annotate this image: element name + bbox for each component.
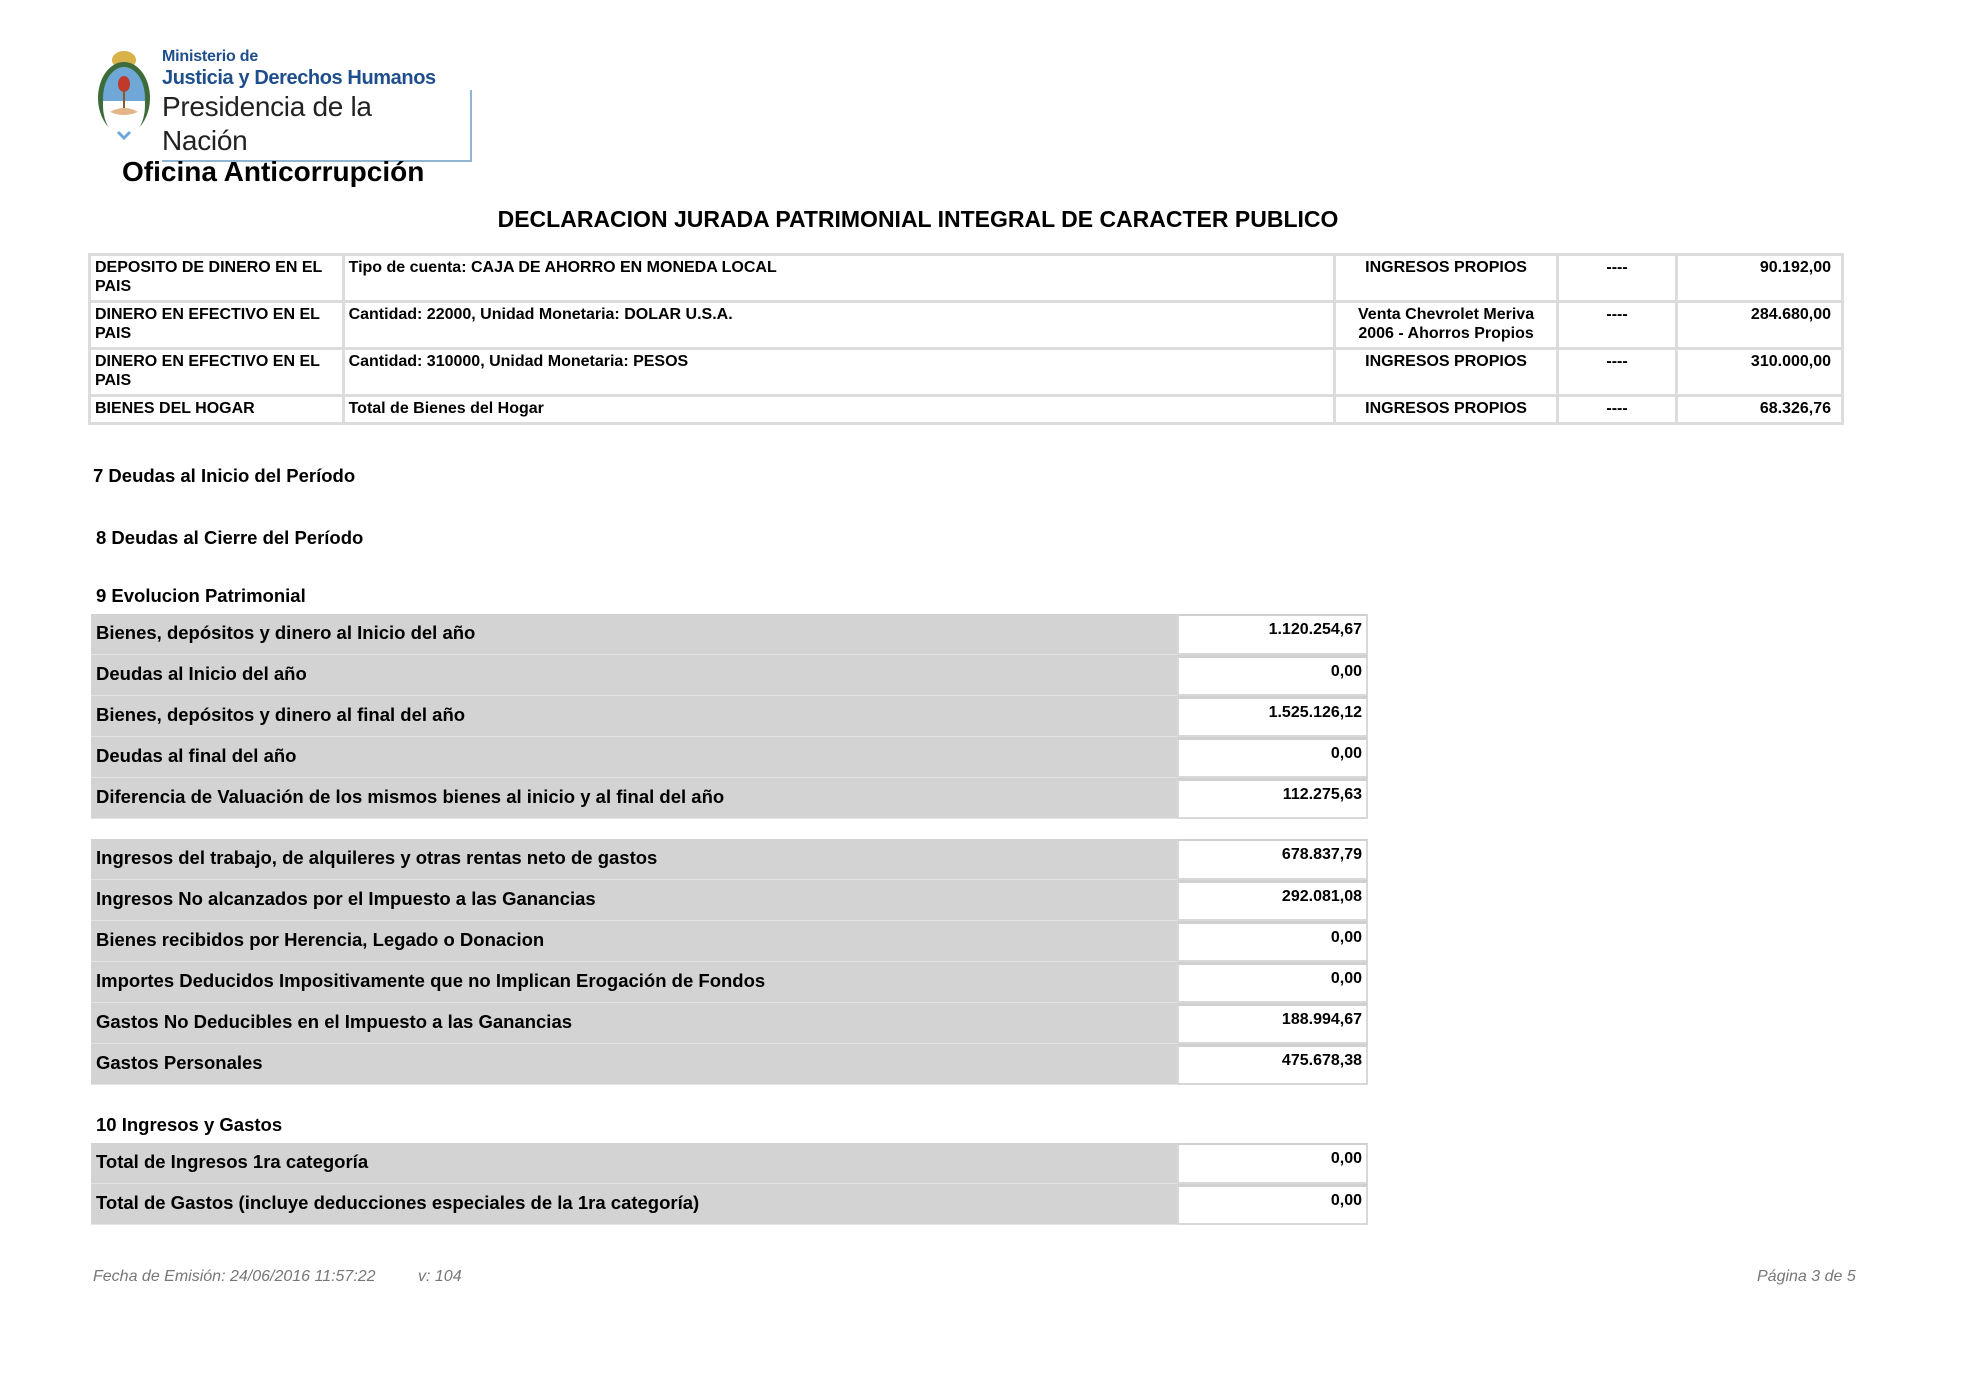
summary-label: Total de Gastos (incluye deducciones esp… bbox=[91, 1184, 1177, 1225]
summary-value: 0,00 bbox=[1177, 921, 1368, 962]
logo-presidency: Presidencia de la Nación bbox=[162, 90, 472, 162]
asset-origin-cell: INGRESOS PROPIOS bbox=[1334, 255, 1558, 302]
summary-label: Ingresos del trabajo, de alquileres y ot… bbox=[91, 839, 1177, 880]
summary-row: Gastos Personales475.678,38 bbox=[91, 1044, 1368, 1085]
ingresos-gastos-table: Total de Ingresos 1ra categoría0,00Total… bbox=[91, 1143, 1368, 1225]
evolucion-table-2: Ingresos del trabajo, de alquileres y ot… bbox=[91, 839, 1368, 1085]
summary-value: 475.678,38 bbox=[1177, 1044, 1368, 1085]
asset-type-cell: DINERO EN EFECTIVO EN EL PAIS bbox=[90, 302, 344, 349]
document-title: DECLARACION JURADA PATRIMONIAL INTEGRAL … bbox=[0, 206, 1840, 233]
asset-amount-cell: 68.326,76 bbox=[1676, 396, 1842, 424]
summary-value: 112.275,63 bbox=[1177, 778, 1368, 819]
asset-description-cell: Cantidad: 310000, Unidad Monetaria: PESO… bbox=[343, 349, 1334, 396]
summary-row: Ingresos No alcanzados por el Impuesto a… bbox=[91, 880, 1368, 921]
asset-type-cell: DEPOSITO DE DINERO EN EL PAIS bbox=[90, 255, 344, 302]
summary-label: Gastos No Deducibles en el Impuesto a la… bbox=[91, 1003, 1177, 1044]
asset-row: DINERO EN EFECTIVO EN EL PAISCantidad: 2… bbox=[90, 302, 1843, 349]
version-label: v: 104 bbox=[418, 1268, 462, 1286]
summary-label: Bienes, depósitos y dinero al final del … bbox=[91, 696, 1177, 737]
summary-row: Bienes recibidos por Herencia, Legado o … bbox=[91, 921, 1368, 962]
summary-row: Total de Gastos (incluye deducciones esp… bbox=[91, 1184, 1368, 1225]
summary-value: 1.525.126,12 bbox=[1177, 696, 1368, 737]
emission-date: Fecha de Emisión: 24/06/2016 11:57:22 bbox=[93, 1268, 376, 1286]
summary-value: 678.837,79 bbox=[1177, 839, 1368, 880]
summary-row: Bienes, depósitos y dinero al Inicio del… bbox=[91, 614, 1368, 655]
summary-label: Deudas al Inicio del año bbox=[91, 655, 1177, 696]
asset-type-cell: DINERO EN EFECTIVO EN EL PAIS bbox=[90, 349, 344, 396]
asset-extra-cell: ---- bbox=[1558, 302, 1676, 349]
summary-row: Deudas al Inicio del año0,00 bbox=[91, 655, 1368, 696]
summary-value: 0,00 bbox=[1177, 1184, 1368, 1225]
assets-table: DEPOSITO DE DINERO EN EL PAISTipo de cue… bbox=[88, 253, 1844, 425]
office-name: Oficina Anticorrupción bbox=[122, 156, 424, 188]
argentina-coat-of-arms-icon bbox=[96, 46, 152, 142]
asset-description-cell: Tipo de cuenta: CAJA DE AHORRO EN MONEDA… bbox=[343, 255, 1334, 302]
asset-row: BIENES DEL HOGARTotal de Bienes del Hoga… bbox=[90, 396, 1843, 424]
summary-value: 1.120.254,67 bbox=[1177, 614, 1368, 655]
summary-label: Deudas al final del año bbox=[91, 737, 1177, 778]
summary-label: Diferencia de Valuación de los mismos bi… bbox=[91, 778, 1177, 819]
summary-value: 292.081,08 bbox=[1177, 880, 1368, 921]
asset-type-cell: BIENES DEL HOGAR bbox=[90, 396, 344, 424]
section-10-title: 10 Ingresos y Gastos bbox=[96, 1114, 282, 1136]
summary-value: 0,00 bbox=[1177, 962, 1368, 1003]
summary-label: Ingresos No alcanzados por el Impuesto a… bbox=[91, 880, 1177, 921]
asset-extra-cell: ---- bbox=[1558, 349, 1676, 396]
logo-ministry-line: Ministerio de bbox=[162, 48, 472, 66]
asset-origin-cell: INGRESOS PROPIOS bbox=[1334, 349, 1558, 396]
summary-value: 0,00 bbox=[1177, 737, 1368, 778]
asset-origin-cell: Venta Chevrolet Meriva 2006 - Ahorros Pr… bbox=[1334, 302, 1558, 349]
section-9-title: 9 Evolucion Patrimonial bbox=[96, 585, 306, 607]
asset-origin-cell: INGRESOS PROPIOS bbox=[1334, 396, 1558, 424]
logo-ministry-name: Justicia y Derechos Humanos bbox=[162, 66, 472, 90]
summary-row: Bienes, depósitos y dinero al final del … bbox=[91, 696, 1368, 737]
summary-label: Total de Ingresos 1ra categoría bbox=[91, 1143, 1177, 1184]
summary-value: 188.994,67 bbox=[1177, 1003, 1368, 1044]
summary-row: Gastos No Deducibles en el Impuesto a la… bbox=[91, 1003, 1368, 1044]
asset-description-cell: Cantidad: 22000, Unidad Monetaria: DOLAR… bbox=[343, 302, 1334, 349]
section-7-title: 7 Deudas al Inicio del Período bbox=[93, 465, 355, 487]
summary-row: Deudas al final del año0,00 bbox=[91, 737, 1368, 778]
asset-extra-cell: ---- bbox=[1558, 255, 1676, 302]
summary-label: Gastos Personales bbox=[91, 1044, 1177, 1085]
summary-row: Ingresos del trabajo, de alquileres y ot… bbox=[91, 839, 1368, 880]
summary-row: Diferencia de Valuación de los mismos bi… bbox=[91, 778, 1368, 819]
summary-label: Bienes recibidos por Herencia, Legado o … bbox=[91, 921, 1177, 962]
summary-value: 0,00 bbox=[1177, 1143, 1368, 1184]
summary-label: Bienes, depósitos y dinero al Inicio del… bbox=[91, 614, 1177, 655]
asset-amount-cell: 310.000,00 bbox=[1676, 349, 1842, 396]
asset-extra-cell: ---- bbox=[1558, 396, 1676, 424]
evolucion-table-1: Bienes, depósitos y dinero al Inicio del… bbox=[91, 614, 1368, 819]
page-number: Página 3 de 5 bbox=[1757, 1268, 1856, 1286]
summary-row: Importes Deducidos Impositivamente que n… bbox=[91, 962, 1368, 1003]
asset-amount-cell: 90.192,00 bbox=[1676, 255, 1842, 302]
summary-value: 0,00 bbox=[1177, 655, 1368, 696]
summary-label: Importes Deducidos Impositivamente que n… bbox=[91, 962, 1177, 1003]
asset-amount-cell: 284.680,00 bbox=[1676, 302, 1842, 349]
asset-description-cell: Total de Bienes del Hogar bbox=[343, 396, 1334, 424]
section-8-title: 8 Deudas al Cierre del Período bbox=[96, 527, 363, 549]
ministry-logo: Ministerio de Justicia y Derechos Humano… bbox=[92, 44, 472, 144]
asset-row: DEPOSITO DE DINERO EN EL PAISTipo de cue… bbox=[90, 255, 1843, 302]
summary-row: Total de Ingresos 1ra categoría0,00 bbox=[91, 1143, 1368, 1184]
asset-row: DINERO EN EFECTIVO EN EL PAISCantidad: 3… bbox=[90, 349, 1843, 396]
